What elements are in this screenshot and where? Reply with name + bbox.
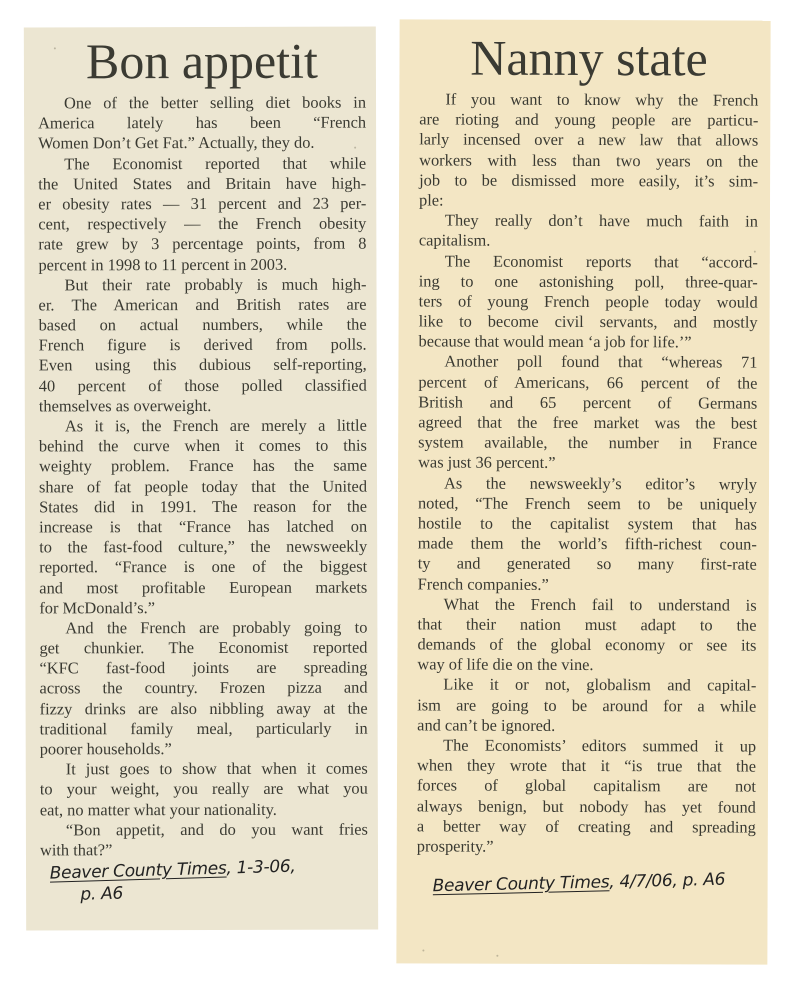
text-line: forces of global capitalism are not (417, 776, 756, 797)
headline: Bon appetit (38, 33, 366, 90)
text-line: demands of the global economy or see its (417, 634, 756, 655)
text-line: er. The American and British rates are (39, 294, 367, 315)
text-line: percent in 1998 to 11 percent in 2003. (38, 254, 366, 275)
text-line: If you want to know why the French (419, 89, 758, 110)
paper-speck (754, 251, 756, 253)
text-line: French figure is derived from polls. (39, 335, 367, 356)
text-line: share of fat people today that the Unite… (39, 476, 367, 497)
paper-speck (354, 147, 356, 149)
citation-date: , 1-3-06, (226, 857, 296, 879)
text-line: hostile to the capitalist system that ha… (418, 513, 757, 534)
paragraph: What the French fail to understand istha… (417, 594, 756, 676)
text-line: The Economist reports that “accord- (419, 251, 758, 272)
paper-speck (54, 47, 56, 49)
text-line: As the newsweekly’s editor’s wryly (418, 473, 757, 494)
text-line: way of life die on the vine. (417, 655, 756, 676)
text-line: because that would mean ‘a job for life.… (418, 332, 757, 353)
headline: Nanny state (419, 29, 758, 86)
text-line: cent, respectively — the French obesity (38, 214, 366, 235)
clipping-nanny-state: Nanny state If you want to know why the … (396, 19, 770, 964)
text-line: ing to one astonishing poll, three-quar- (419, 271, 758, 292)
citation-publication: Beaver County Times (50, 859, 227, 884)
text-line: always benign, but nobody has yet found (417, 796, 756, 817)
text-line: themselves as overweight. (39, 395, 367, 416)
text-line: across the country. Frozen pizza and (40, 678, 368, 699)
text-line: French companies.” (418, 574, 757, 595)
text-line: agreed that the free market was the best (418, 412, 757, 433)
text-line: percent of Americans, 66 percent of the (418, 372, 757, 393)
paragraph: And the French are probably going toget … (39, 617, 367, 759)
text-line: job to be dismissed more easily, it’s si… (419, 170, 758, 191)
text-line: capitalism. (419, 231, 758, 252)
paragraph: If you want to know why the Frenchare ri… (419, 89, 758, 211)
text-line: But their rate probably is much high- (38, 274, 366, 295)
text-line: 40 percent of those polled classified (39, 375, 367, 396)
text-line: noted, “The French seem to be uniquely (418, 493, 757, 514)
text-line: increase is that “France has latched on (39, 517, 367, 538)
paragraph: The Economist reported that whilethe Uni… (38, 153, 366, 275)
text-line: eat, no matter what your nationality. (40, 799, 368, 820)
text-line: like to become civil servants, and mostl… (419, 311, 758, 332)
text-line: fizzy drinks are also nibbling away at t… (40, 698, 368, 719)
paragraph: As it is, the French are merely a little… (39, 416, 368, 619)
text-line: What the French fail to understand is (418, 594, 757, 615)
text-line: based on actual numbers, while the (39, 315, 367, 336)
text-line: weighty problem. France has the same (39, 456, 367, 477)
handwritten-citation: Beaver County Times, 1-3-06, p. A6 (49, 856, 296, 907)
paragraph: It just goes to show that when it comest… (40, 759, 368, 820)
handwritten-citation: Beaver County Times, 4/7/06, p. A6 (432, 869, 725, 898)
text-line: reported. “France is one of the biggest (39, 557, 367, 578)
text-line: workers with less than two years on the (419, 150, 758, 171)
text-line: larly incensed over a new law that allow… (419, 130, 758, 151)
text-line: behind the curve when it comes to this (39, 436, 367, 457)
text-line: rate grew by 3 percentage points, from 8 (38, 234, 366, 255)
text-line: system available, the number in France (418, 433, 757, 454)
text-line: was just 36 percent.” (418, 453, 757, 474)
text-line: America lately has been “French (38, 113, 366, 134)
text-line: are rioting and young people are particu… (419, 110, 758, 131)
paragraph: “Bon appetit, and do you want frieswith … (40, 819, 368, 860)
text-line: for McDonald’s.” (39, 597, 367, 618)
text-line: Like it or not, globalism and capital- (417, 675, 756, 696)
text-line: ters of young French people today would (419, 291, 758, 312)
text-line: traditional family meal, particularly in (40, 718, 368, 739)
text-line: Even using this dubious self-reporting, (39, 355, 367, 376)
text-line: to your weight, you really are what you (40, 779, 368, 800)
text-line: and most profitable European markets (39, 577, 367, 598)
text-line: British and 65 percent of Germans (418, 392, 757, 413)
paper-speck (422, 949, 424, 951)
paragraph: But their rate probably is much high-er.… (38, 274, 366, 416)
paper-speck (496, 955, 498, 957)
text-line: get chunkier. The Economist reported (39, 638, 367, 659)
clipping-bon-appetit: Bon appetit One of the better selling di… (24, 27, 378, 931)
text-line: The Economists’ editors summed it up (417, 735, 756, 756)
text-line: ple: (419, 190, 758, 211)
paragraph: Like it or not, globalism and capital-is… (417, 675, 756, 737)
text-line: the United States and Britain have high- (38, 173, 366, 194)
text-line: ty and generated so many first-rate (418, 554, 757, 575)
text-line: poorer households.” (40, 739, 368, 760)
citation-date: , 4/7/06, p. A6 (609, 870, 725, 893)
article-body: One of the better selling diet books inA… (38, 93, 368, 861)
text-line: “KFC fast-food joints are spreading (39, 658, 367, 679)
citation-publication: Beaver County Times (432, 872, 609, 896)
text-line: One of the better selling diet books in (38, 93, 366, 114)
text-line: ism are going to be around for a while (417, 695, 756, 716)
text-line: prosperity.” (417, 836, 756, 857)
paragraph: As the newsweekly’s editor’s wrylynoted,… (418, 473, 757, 595)
text-line: Another poll found that “whereas 71 (418, 352, 757, 373)
text-line: The Economist reported that while (38, 153, 366, 174)
text-line: when they wrote that it “is true that th… (417, 756, 756, 777)
article-body: If you want to know why the Frenchare ri… (417, 89, 759, 857)
paragraph: They really don’t have much faith incapi… (419, 211, 758, 253)
text-line: that their nation must adapt to the (418, 614, 757, 635)
text-line: and can’t be ignored. (417, 715, 756, 736)
text-line: As it is, the French are merely a little (39, 416, 367, 437)
text-line: States did in 1991. The reason for the (39, 496, 367, 517)
paragraph: Another poll found that “whereas 71perce… (418, 352, 757, 474)
text-line: “Bon appetit, and do you want fries (40, 819, 368, 840)
paragraph: The Economist reports that “accord-ing t… (418, 251, 757, 353)
text-line: made them the world’s fifth-richest coun… (418, 534, 757, 555)
text-line: er obesity rates — 31 percent and 23 per… (38, 194, 366, 215)
text-line: to the fast-food culture,” the newsweekl… (39, 537, 367, 558)
text-line: Women Don’t Get Fat.” Actually, they do. (38, 133, 366, 154)
paragraph: One of the better selling diet books inA… (38, 93, 366, 154)
paragraph: The Economists’ editors summed it upwhen… (417, 735, 756, 857)
text-line: It just goes to show that when it comes (40, 759, 368, 780)
text-line: a better way of creating and spreading (417, 816, 756, 837)
text-line: And the French are probably going to (39, 617, 367, 638)
text-line: They really don’t have much faith in (419, 211, 758, 232)
